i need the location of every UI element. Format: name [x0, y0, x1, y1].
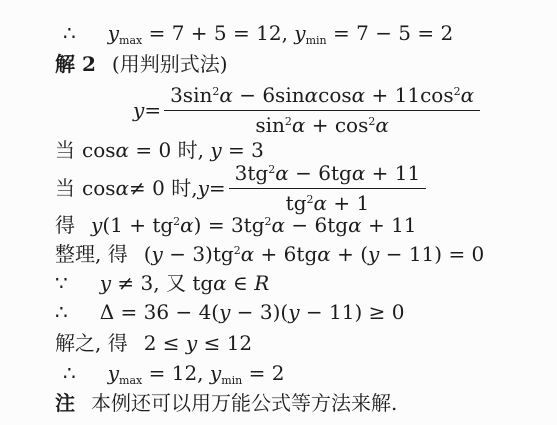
fraction-denominator: sin2α + cos2α [164, 111, 480, 137]
case-cos-nonzero: 当cosα ≠ 0 时, y = 3tg2α − 6tgα + 11tg2α +… [55, 162, 429, 215]
rearranged-equation: 整理, 得(y − 3)tg2α + 6tgα + (y − 11) = 0 [55, 243, 484, 266]
case-cos-zero-content: cosα = 0 时, y = 3 [82, 139, 264, 162]
solution-lines: ∴ymax = 7 + 5 = 12, ymin = 7 − 5 = 2解 2(… [0, 0, 557, 425]
fraction-numerator: 3sin2α − 6sinαcosα + 11cos2α [164, 84, 480, 111]
conclusion-ymax-ymin-marker: ∴ [63, 362, 76, 385]
therefore-ymax-from-7plus5: ∴ymax = 7 + 5 = 12, ymin = 7 − 5 = 2 [63, 22, 453, 48]
discriminant-inequality-content: Δ = 36 − 4(y − 3)(y − 11) ≥ 0 [100, 301, 405, 324]
note-line-content: 本例还可以用万能公式等方法来解. [91, 392, 397, 415]
fraction: 3sin2α − 6sinαcosα + 11cos2αsin2α + cos2… [164, 84, 480, 137]
derived-equation: 得y(1 + tg2α) = 3tg2α − 6tgα + 11 [55, 214, 417, 237]
fraction-denominator: tg2α + 1 [229, 189, 427, 215]
since-condition-marker: ∵ [55, 272, 68, 295]
main-fraction-equation: y = 3sin2α − 6sinαcosα + 11cos2αsin2α + … [133, 84, 483, 137]
solution-range: 解之, 得2 ≤ y ≤ 12 [55, 332, 252, 355]
derived-equation-marker: 得 [55, 214, 75, 237]
solution-range-marker: 解之, 得 [55, 332, 128, 355]
solution-range-content: 2 ≤ y ≤ 12 [144, 332, 252, 355]
since-condition: ∵y ≠ 3, 又 tgα ∈ R [55, 272, 269, 295]
case-cos-zero: 当cosα = 0 时, y = 3 [55, 139, 264, 162]
main-fraction-equation-content: y = 3sin2α − 6sinαcosα + 11cos2αsin2α + … [133, 84, 483, 137]
fraction-numerator: 3tg2α − 6tgα + 11 [229, 162, 427, 189]
note-line: 注本例还可以用万能公式等方法来解. [55, 392, 397, 415]
derived-equation-content: y(1 + tg2α) = 3tg2α − 6tgα + 11 [91, 214, 417, 237]
case-cos-nonzero-marker: 当 [55, 177, 75, 200]
since-condition-content: y ≠ 3, 又 tgα ∈ R [100, 272, 270, 295]
textbook-scan-page: ∴ymax = 7 + 5 = 12, ymin = 7 − 5 = 2解 2(… [0, 0, 557, 425]
solution2-heading: 解 2(用判别式法) [55, 53, 228, 76]
rearranged-equation-content: (y − 3)tg2α + 6tgα + (y − 11) = 0 [144, 243, 485, 266]
case-cos-zero-marker: 当 [55, 139, 75, 162]
case-cos-nonzero-content: cosα ≠ 0 时, y = 3tg2α − 6tgα + 11tg2α + … [82, 162, 429, 215]
conclusion-ymax-ymin-content: ymax = 12, ymin = 2 [108, 362, 285, 388]
discriminant-inequality: ∴Δ = 36 − 4(y − 3)(y − 11) ≥ 0 [55, 301, 404, 324]
solution2-heading-content: (用判别式法) [112, 53, 228, 76]
discriminant-inequality-marker: ∴ [55, 301, 68, 324]
solution2-heading-marker: 解 2 [55, 53, 96, 76]
fraction: 3tg2α − 6tgα + 11tg2α + 1 [229, 162, 427, 215]
rearranged-equation-marker: 整理, 得 [55, 243, 128, 266]
conclusion-ymax-ymin: ∴ymax = 12, ymin = 2 [63, 362, 284, 388]
note-line-marker: 注 [55, 392, 75, 415]
therefore-ymax-from-7plus5-marker: ∴ [63, 22, 76, 45]
therefore-ymax-from-7plus5-content: ymax = 7 + 5 = 12, ymin = 7 − 5 = 2 [108, 22, 454, 48]
